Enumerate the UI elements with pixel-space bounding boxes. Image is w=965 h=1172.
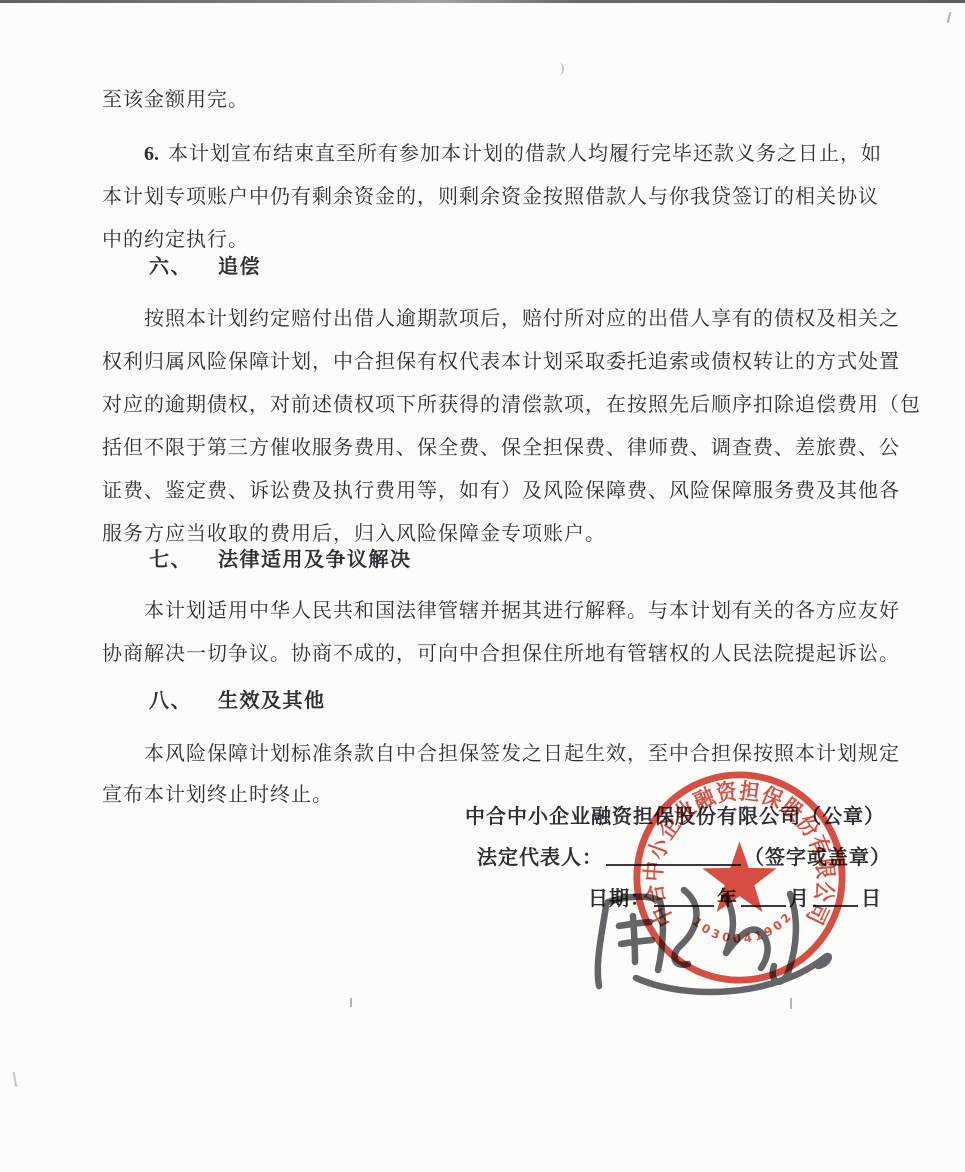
clause6-number: 6.: [144, 143, 159, 165]
section-number: 八、: [149, 690, 192, 712]
section-heading-recovery: 六、追偿: [149, 250, 261, 279]
section-title: 生效及其他: [218, 690, 326, 712]
day-label: 日: [861, 888, 882, 910]
scan-speck: [13, 1072, 18, 1087]
scan-speck: [947, 12, 952, 23]
legal-rep-label: 法定代表人：: [477, 847, 603, 869]
clause6-line-2: 本计划专项账户中仍有剩余资金的，则剩余资金按照借款人与你我贷签订的相关协议: [102, 182, 879, 212]
law-para-line: 本计划适用中华人民共和国法律管辖并据其进行解释。与本计划有关的各方应友好: [144, 596, 900, 626]
section-title: 追偿: [218, 256, 261, 278]
section-heading-effect: 八、生效及其他: [149, 684, 326, 713]
recovery-para-line: 权利归属风险保障计划，中合担保有权代表本计划采取委托追索或债权转让的方式处置: [102, 347, 900, 377]
scan-edge-artifact: [0, 0, 965, 3]
section-number: 七、: [149, 549, 192, 571]
recovery-para-line: 证费、鉴定费、诉讼费及执行费用等，如有）及风险保障费、风险保障服务费及其他各: [102, 476, 900, 506]
signature-strokes: [578, 878, 848, 1008]
effect-para-line: 宣布本计划终止时终止。: [102, 780, 333, 810]
handwritten-signature: [578, 878, 848, 1008]
section-title: 法律适用及争议解决: [218, 549, 412, 571]
recovery-para-line: 按照本计划约定赔付出借人逾期款项后，赔付所对应的出借人享有的债权及相关之: [144, 304, 900, 334]
body-line-carryover: 至该金额用完。: [102, 85, 249, 115]
recovery-para-line: 对应的逾期债权，对前述债权项下所获得的清偿款项，在按照先后顺序扣除追偿费用（包: [102, 390, 921, 420]
effect-para-line: 本风险保障计划标准条款自中合担保签发之日起生效，至中合担保按照本计划规定: [144, 739, 900, 769]
scan-speck: [350, 998, 352, 1007]
clause6-line-1: 6.本计划宣布结束直至所有参加本计划的借款人均履行完毕还款义务之日止，如: [144, 139, 882, 169]
clause6-text: 本计划宣布结束直至所有参加本计划的借款人均履行完毕还款义务之日止，如: [168, 143, 882, 165]
section-heading-law: 七、法律适用及争议解决: [149, 543, 412, 572]
scan-speck: ): [560, 60, 564, 76]
recovery-para-line: 括但不限于第三方催收服务费用、保全费、保全担保费、律师费、调查费、差旅费、公: [102, 433, 900, 463]
scanned-contract-page: ) 至该金额用完。 6.本计划宣布结束直至所有参加本计划的借款人均履行完毕还款义…: [0, 0, 965, 1172]
law-para-line: 协商解决一切争议。协商不成的，可向中合担保住所地有管辖权的人民法院提起诉讼。: [102, 639, 900, 669]
section-number: 六、: [149, 256, 192, 278]
